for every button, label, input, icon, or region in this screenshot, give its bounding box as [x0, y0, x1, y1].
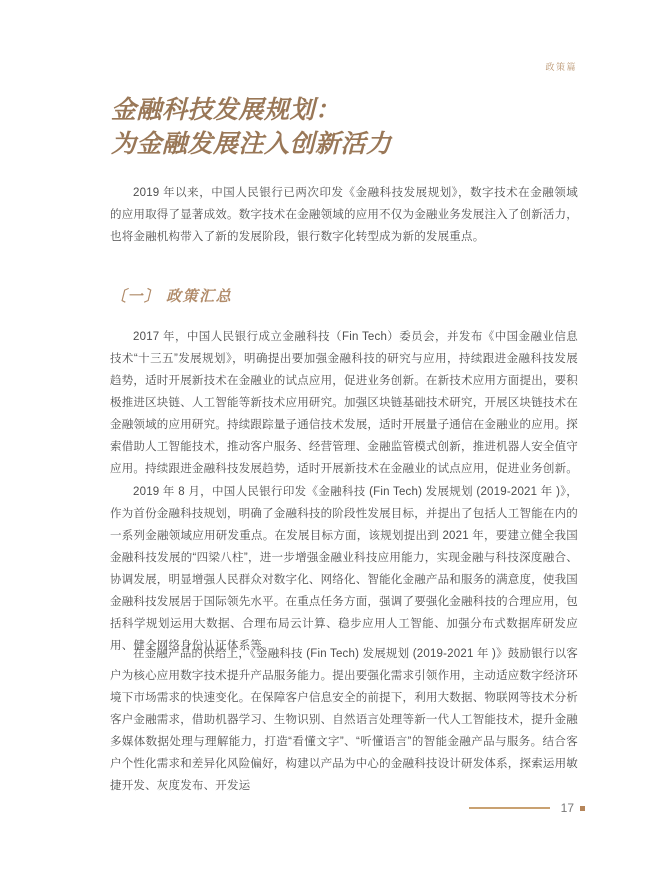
footer-square-icon: [580, 806, 585, 811]
body-paragraph-3: 在金融产品的供给上，《金融科技 (Fin Tech) 发展规划 (2019-20…: [110, 643, 578, 797]
body-paragraph-2: 2019 年 8 月，中国人民银行印发《金融科技 (Fin Tech) 发展规划…: [110, 481, 578, 657]
page-title-line-2: 为金融发展注入创新活力: [111, 130, 392, 158]
intro-paragraph: 2019 年以来，中国人民银行已两次印发《金融科技发展规划》，数字技术在金融领域…: [110, 182, 578, 248]
document-page: 政策篇 金融科技发展规划： 为金融发展注入创新活力 2019 年以来，中国人民银…: [0, 0, 660, 889]
page-title: 金融科技发展规划： 为金融发展注入创新活力: [111, 93, 392, 161]
page-kicker: 政策篇: [545, 60, 577, 73]
section-heading: 〔一〕 政策汇总: [111, 285, 232, 306]
page-number: 17: [561, 801, 574, 815]
page-title-line-1: 金融科技发展规划：: [111, 96, 341, 124]
page-footer: 17: [469, 800, 585, 816]
footer-rule: [469, 807, 550, 809]
body-paragraph-1: 2017 年，中国人民银行成立金融科技（Fin Tech）委员会，并发布《中国金…: [110, 326, 578, 480]
